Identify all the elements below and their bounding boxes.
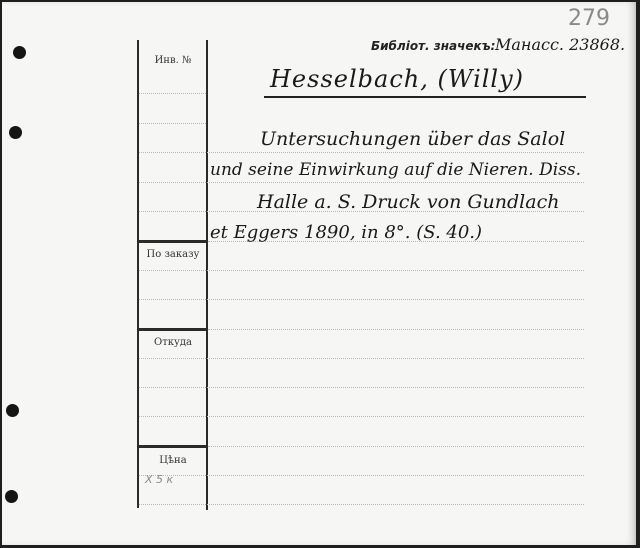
punch-hole-icon (6, 404, 19, 417)
ruling-line (139, 299, 584, 300)
punch-hole-icon (5, 490, 18, 503)
column-right-border (206, 40, 208, 510)
price-label: Цѣна (139, 455, 207, 466)
shelfmark-label: Библіот. значекъ: (371, 39, 495, 53)
shelfmark-value: Манасс. 23868. (495, 35, 625, 54)
ruling-line (139, 152, 584, 153)
title-line-4: et Eggers 1890, in 8°. (S. 40.) (210, 222, 482, 243)
author-underline (264, 96, 586, 98)
separator-order (138, 240, 207, 243)
column-left-border (137, 40, 139, 508)
catalog-card: Инв. № По заказу Откуда Цѣна X 5 к 279 Б… (2, 2, 636, 545)
order-label: По заказу (139, 249, 207, 260)
pencil-number: 279 (568, 6, 610, 31)
ruling-line (208, 329, 584, 330)
ruling-line (139, 93, 206, 94)
separator-price (138, 445, 207, 448)
ruling-line (139, 123, 206, 124)
title-line-1: Untersuchungen über das Salol (260, 128, 565, 150)
ruling-line (139, 182, 584, 183)
source-label: Откуда (139, 337, 207, 348)
title-line-2: und seine Einwirkung auf die Nieren. Dis… (210, 160, 581, 180)
separator-source (138, 328, 207, 331)
ruling-line (139, 475, 584, 476)
ruling-line (139, 358, 584, 359)
ruling-line (139, 504, 584, 505)
ruling-line (208, 446, 584, 447)
punch-hole-icon (13, 46, 26, 59)
price-value: X 5 к (145, 473, 173, 486)
ruling-line (139, 416, 584, 417)
title-line-3: Halle a. S. Druck von Gundlach (257, 191, 559, 213)
ruling-line (139, 270, 584, 271)
punch-hole-icon (9, 126, 22, 139)
author-name: Hesselbach, (Willy) (270, 65, 524, 93)
inv-number-label: Инв. № (139, 54, 207, 67)
ruling-line (139, 387, 584, 388)
